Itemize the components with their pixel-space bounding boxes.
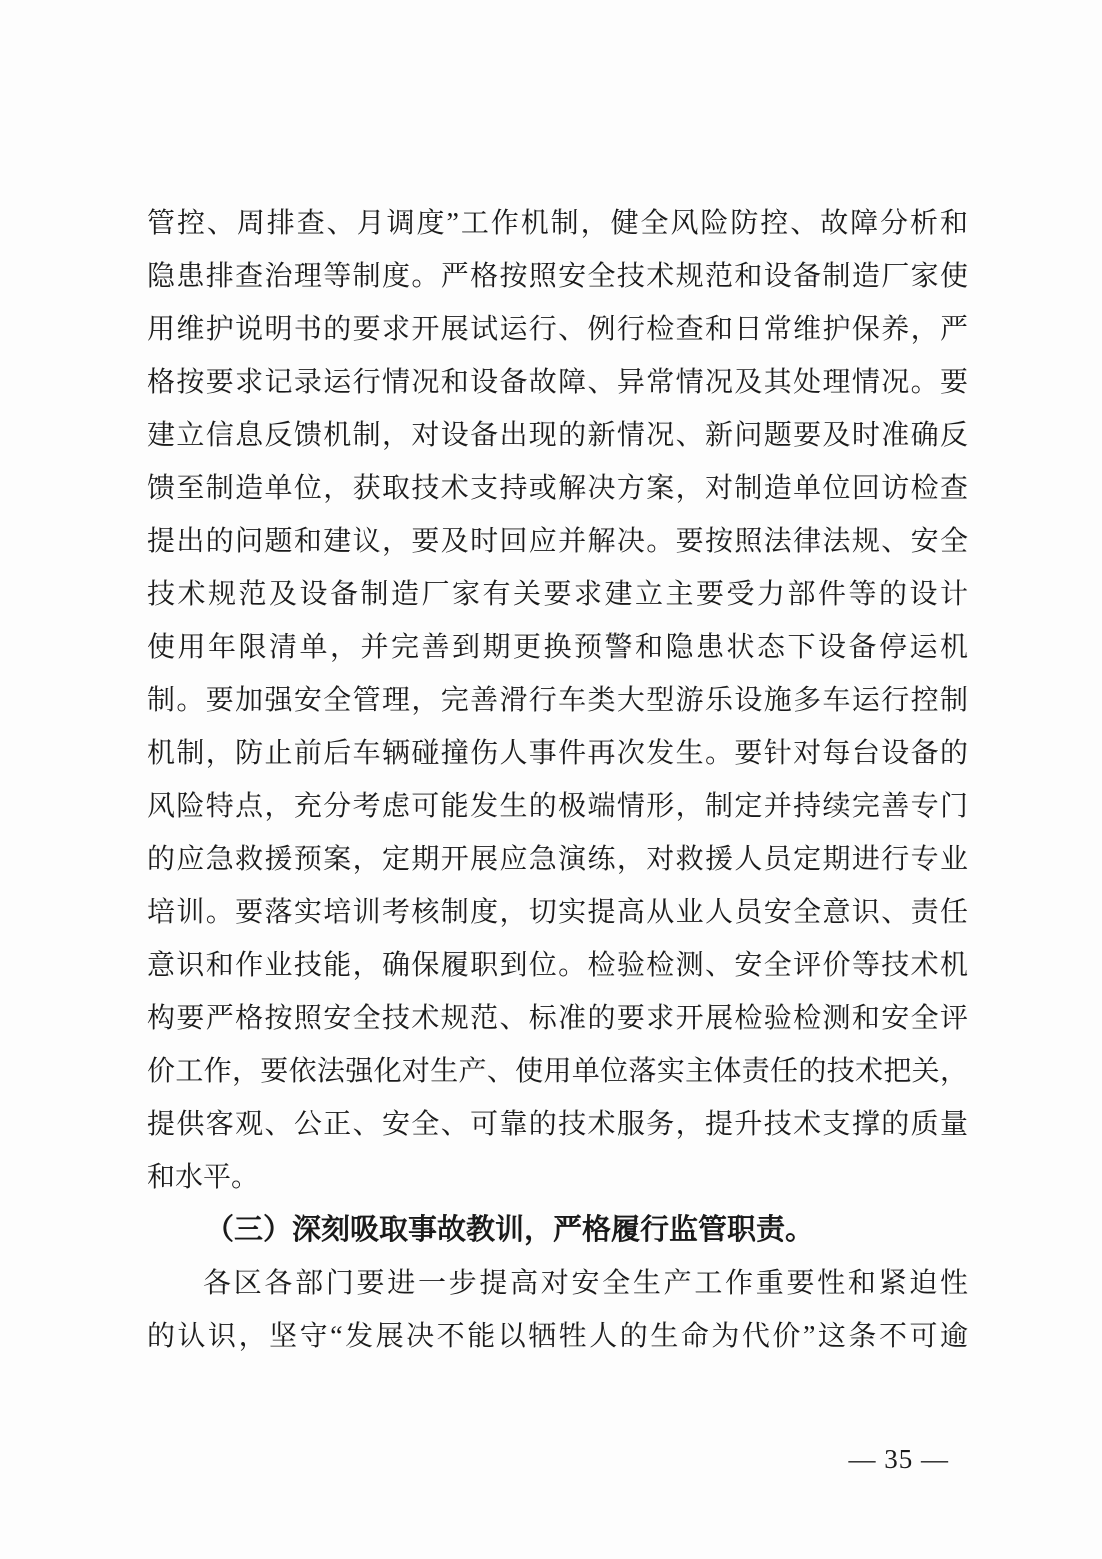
- paragraph-line: 风险特点，充分考虑可能发生的极端情形，制定并持续完善专门: [147, 780, 968, 833]
- paragraph-line: 的认识，坚守“发展决不能以牺牲人的生命为代价”这条不可逾: [147, 1310, 968, 1363]
- text-column: 管控、周排查、月调度”工作机制，健全风险防控、故障分析和 隐患排查治理等制度。严…: [147, 197, 968, 1363]
- paragraph-line: 意识和作业技能，确保履职到位。检验检测、安全评价等技术机: [147, 939, 968, 992]
- paragraph-line: 管控、周排查、月调度”工作机制，健全风险防控、故障分析和: [147, 197, 968, 250]
- paragraph-line: 提供客观、公正、安全、可靠的技术服务，提升技术支撑的质量: [147, 1098, 968, 1151]
- page-number: — 35 —: [849, 1444, 950, 1474]
- paragraph-line: 建立信息反馈机制，对设备出现的新情况、新问题要及时准确反: [147, 409, 968, 462]
- document-page: 管控、周排查、月调度”工作机制，健全风险防控、故障分析和 隐患排查治理等制度。严…: [0, 0, 1102, 1559]
- section-heading: （三）深刻吸取事故教训，严格履行监管职责。: [147, 1204, 968, 1257]
- paragraph-line: 和水平。: [147, 1151, 968, 1204]
- paragraph-line: 提出的问题和建议，要及时回应并解决。要按照法律法规、安全: [147, 515, 968, 568]
- paragraph-line: 用维护说明书的要求开展试运行、例行检查和日常维护保养，严: [147, 303, 968, 356]
- paragraph-line: 各区各部门要进一步提高对安全生产工作重要性和紧迫性: [147, 1257, 968, 1310]
- paragraph-line: 价工作，要依法强化对生产、使用单位落实主体责任的技术把关，: [147, 1045, 968, 1098]
- paragraph-line: 机制，防止前后车辆碰撞伤人事件再次发生。要针对每台设备的: [147, 727, 968, 780]
- paragraph-line: 培训。要落实培训考核制度，切实提高从业人员安全意识、责任: [147, 886, 968, 939]
- paragraph-line: 制。要加强安全管理，完善滑行车类大型游乐设施多车运行控制: [147, 674, 968, 727]
- paragraph-line: 的应急救援预案，定期开展应急演练，对救援人员定期进行专业: [147, 833, 968, 886]
- paragraph-line: 使用年限清单，并完善到期更换预警和隐患状态下设备停运机: [147, 621, 968, 674]
- paragraph-line: 构要严格按照安全技术规范、标准的要求开展检验检测和安全评: [147, 992, 968, 1045]
- paragraph-line: 格按要求记录运行情况和设备故障、异常情况及其处理情况。要: [147, 356, 968, 409]
- paragraph-line: 隐患排查治理等制度。严格按照安全技术规范和设备制造厂家使: [147, 250, 968, 303]
- paragraph-line: 技术规范及设备制造厂家有关要求建立主要受力部件等的设计: [147, 568, 968, 621]
- paragraph-line: 馈至制造单位，获取技术支持或解决方案，对制造单位回访检查: [147, 462, 968, 515]
